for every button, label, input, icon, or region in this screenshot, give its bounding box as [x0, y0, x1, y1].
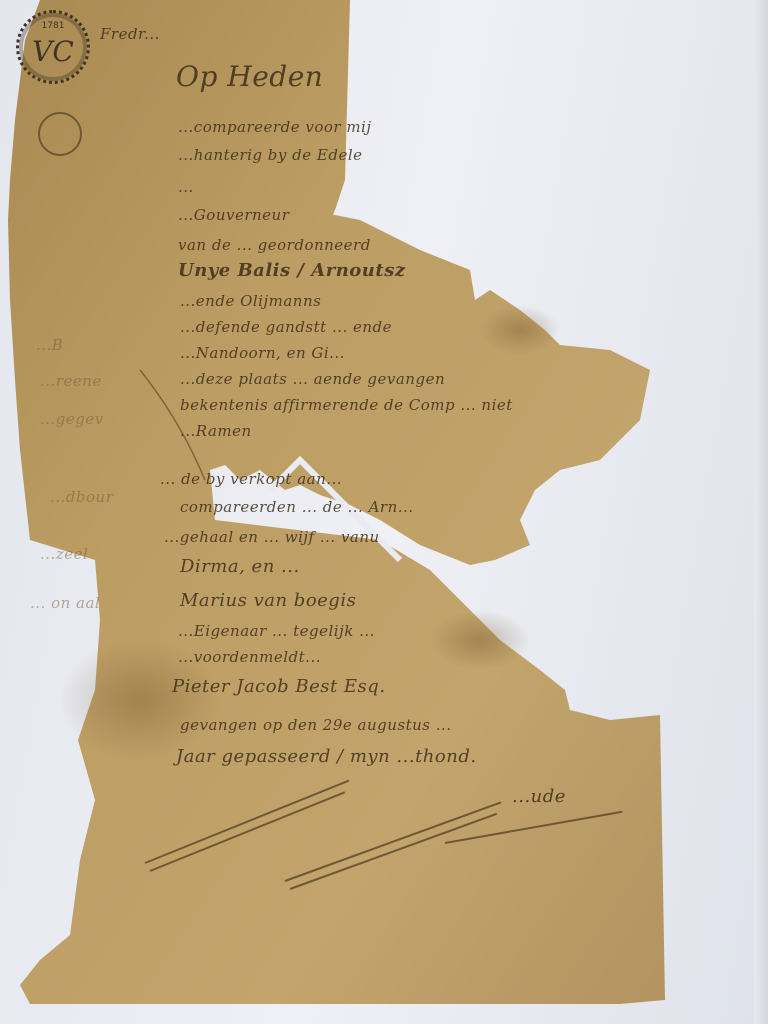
body-line: Dirma, en ...: [180, 556, 300, 577]
margin-flourish: [38, 112, 82, 156]
margin-note: ...B: [36, 336, 63, 354]
body-line: ...: [178, 178, 194, 196]
body-line: ...voordenmeldt...: [178, 648, 321, 666]
body-line: Marius van boegis: [180, 590, 356, 611]
body-line: ...Eigenaar ... tegelijk ...: [178, 622, 375, 640]
signature: ...ude: [512, 786, 566, 807]
header-note: Fredr...: [100, 25, 160, 43]
body-line: ...Gouverneur: [178, 206, 289, 224]
body-line: ...ende Olijmanns: [180, 292, 321, 310]
body-line: Jaar gepasseerd / myn ...thond.: [176, 746, 477, 767]
body-line: ...Ramen: [180, 422, 252, 440]
body-line: ...Nandoorn, en Gi...: [180, 344, 345, 362]
opening-heading: Op Heden: [176, 60, 323, 93]
margin-note: ...reene: [40, 372, 102, 390]
body-line: Unye Balis / Arnoutsz: [178, 260, 406, 281]
margin-note: ... on aal: [30, 594, 100, 612]
body-line: ...gehaal en ... wijf ... vanu: [164, 528, 380, 546]
body-line: bekentenis affirmerende de Comp ... niet: [180, 396, 513, 414]
body-line: ...deze plaats ... aende gevangen: [180, 370, 445, 388]
margin-note: ...zeel: [40, 545, 88, 563]
seal-year: 1781: [19, 21, 87, 31]
body-line: ...hanterig by de Edele: [178, 146, 363, 164]
margin-note: ...dbour: [50, 488, 113, 506]
body-line: Pieter Jacob Best Esq.: [172, 676, 386, 697]
body-line: compareerden ... de ... Arn...: [180, 498, 414, 516]
body-line: ...defende gandstt ... ende: [180, 318, 392, 336]
margin-note: ...gegev: [40, 410, 104, 428]
body-line: ... de by verkopt aan...: [160, 470, 342, 488]
body-line: van de ... geordonneerd: [178, 236, 371, 254]
stamp-seal: 1781 VC: [16, 10, 90, 84]
seal-monogram: VC: [32, 35, 74, 68]
body-line: gevangen op den 29e augustus ...: [180, 716, 452, 734]
body-line: ...compareerde voor mij: [178, 118, 372, 136]
